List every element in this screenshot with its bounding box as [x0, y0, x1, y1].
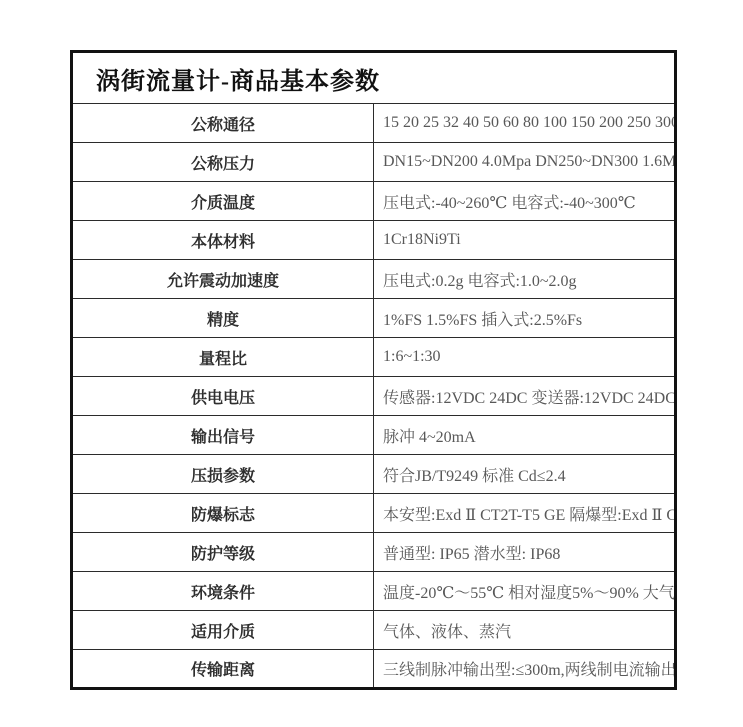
row-label: 防护等级 — [72, 533, 374, 572]
table-row: 压损参数 符合JB/T9249 标准 Cd≤2.4 — [72, 455, 676, 494]
row-value: 符合JB/T9249 标准 Cd≤2.4 — [374, 455, 676, 494]
row-value: 1:6~1:30 — [374, 338, 676, 377]
row-label: 允许震动加速度 — [72, 260, 374, 299]
page: 涡街流量计-商品基本参数 公称通径 15 20 25 32 40 50 60 8… — [0, 0, 743, 727]
row-label: 精度 — [72, 299, 374, 338]
table-row: 介质温度 压电式:-40~260℃ 电容式:-40~300℃ — [72, 182, 676, 221]
table-row: 防爆标志 本安型:Exd Ⅱ CT2T-T5 GE 隔爆型:Exd Ⅱ CT2-… — [72, 494, 676, 533]
spec-table: 涡街流量计-商品基本参数 公称通径 15 20 25 32 40 50 60 8… — [70, 50, 677, 690]
table-row: 供电电压 传感器:12VDC 24DC 变送器:12VDC 24DC 电池供电:… — [72, 377, 676, 416]
row-label: 压损参数 — [72, 455, 374, 494]
row-value: 1Cr18Ni9Ti — [374, 221, 676, 260]
page-title: 涡街流量计-商品基本参数 — [72, 52, 676, 104]
row-label: 本体材料 — [72, 221, 374, 260]
row-value: DN15~DN200 4.0Mpa DN250~DN300 1.6Mpa — [374, 143, 676, 182]
row-value: 传感器:12VDC 24DC 变送器:12VDC 24DC 电池供电:3.6V — [374, 377, 676, 416]
row-value: 三线制脉冲输出型:≤300m,两线制电流输出型 (4～20mA) — [374, 650, 676, 689]
row-value: 压电式:-40~260℃ 电容式:-40~300℃ — [374, 182, 676, 221]
row-label: 传输距离 — [72, 650, 374, 689]
row-value: 普通型: IP65 潜水型: IP68 — [374, 533, 676, 572]
table-row: 传输距离 三线制脉冲输出型:≤300m,两线制电流输出型 (4～20mA) — [72, 650, 676, 689]
row-label: 供电电压 — [72, 377, 374, 416]
row-label: 适用介质 — [72, 611, 374, 650]
table-row: 本体材料 1Cr18Ni9Ti — [72, 221, 676, 260]
row-label: 量程比 — [72, 338, 374, 377]
table-row: 防护等级 普通型: IP65 潜水型: IP68 — [72, 533, 676, 572]
table-row: 适用介质 气体、液体、蒸汽 — [72, 611, 676, 650]
table-row: 公称通径 15 20 25 32 40 50 60 80 100 150 200… — [72, 104, 676, 143]
row-label: 防爆标志 — [72, 494, 374, 533]
table-row: 允许震动加速度 压电式:0.2g 电容式:1.0~2.0g — [72, 260, 676, 299]
row-value: 15 20 25 32 40 50 60 80 100 150 200 250 … — [374, 104, 676, 143]
row-label: 输出信号 — [72, 416, 374, 455]
row-label: 公称压力 — [72, 143, 374, 182]
table-row: 精度 1%FS 1.5%FS 插入式:2.5%Fs — [72, 299, 676, 338]
table-row: 环境条件 温度-20℃～55℃ 相对湿度5%～90% 大气压力86～106kPa — [72, 572, 676, 611]
row-value: 1%FS 1.5%FS 插入式:2.5%Fs — [374, 299, 676, 338]
row-label: 环境条件 — [72, 572, 374, 611]
row-value: 气体、液体、蒸汽 — [374, 611, 676, 650]
table-row: 量程比 1:6~1:30 — [72, 338, 676, 377]
row-label: 公称通径 — [72, 104, 374, 143]
table-title-row: 涡街流量计-商品基本参数 — [72, 52, 676, 104]
row-value: 本安型:Exd Ⅱ CT2T-T5 GE 隔爆型:Exd Ⅱ CT2-CT5 — [374, 494, 676, 533]
row-label: 介质温度 — [72, 182, 374, 221]
table-row: 公称压力 DN15~DN200 4.0Mpa DN250~DN300 1.6Mp… — [72, 143, 676, 182]
row-value: 压电式:0.2g 电容式:1.0~2.0g — [374, 260, 676, 299]
row-value: 脉冲 4~20mA — [374, 416, 676, 455]
row-value: 温度-20℃～55℃ 相对湿度5%～90% 大气压力86～106kPa — [374, 572, 676, 611]
table-row: 输出信号 脉冲 4~20mA — [72, 416, 676, 455]
